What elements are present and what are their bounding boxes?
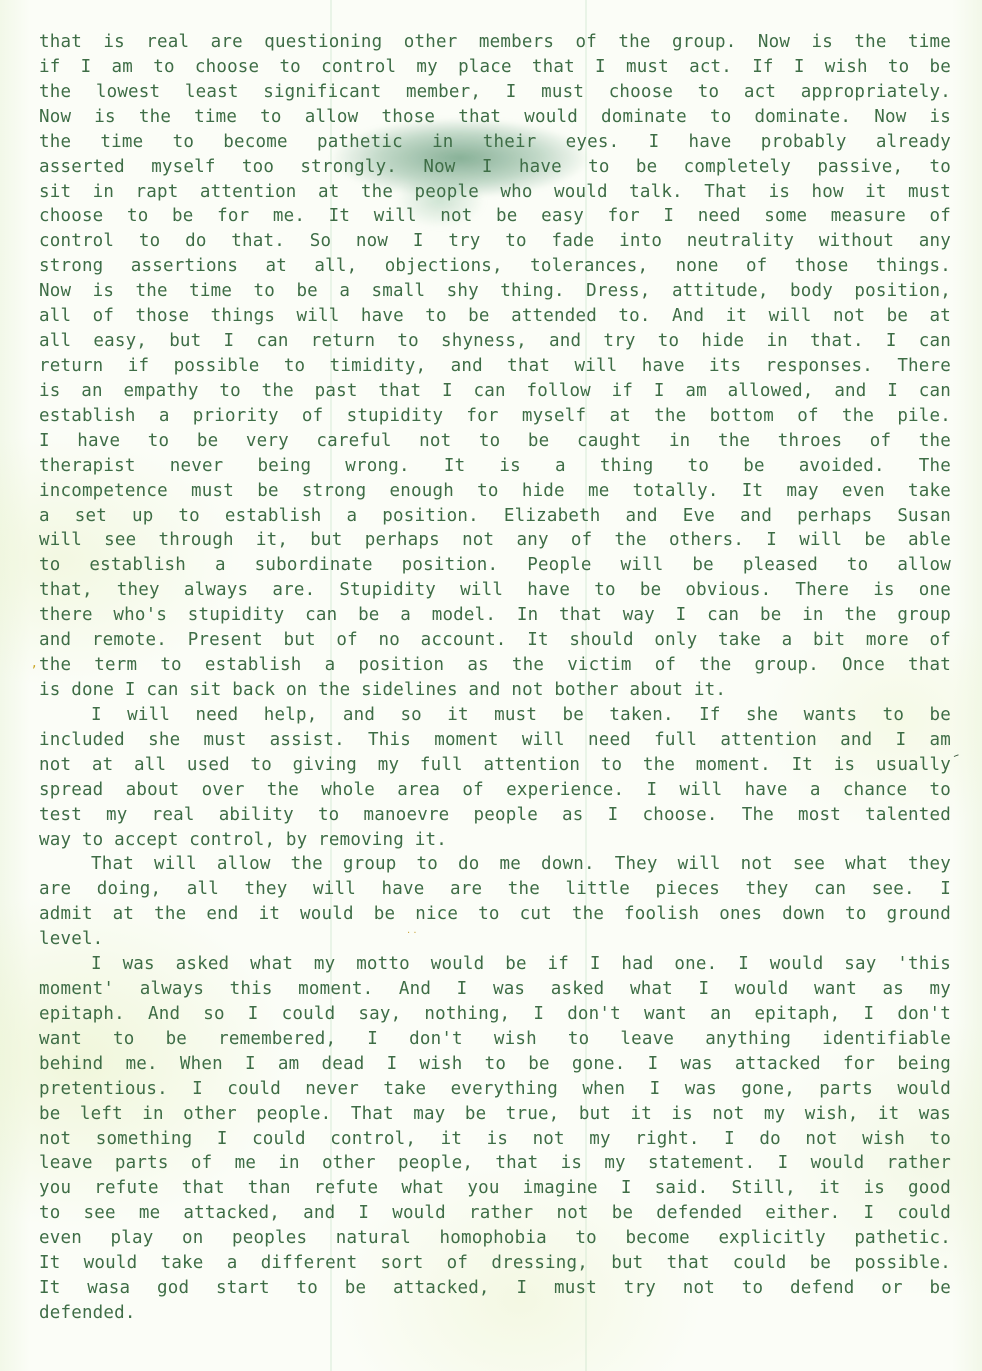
text-line: asserted myself too strongly. Now I have…: [39, 155, 951, 180]
text-line: even play on peoples natural homophobia …: [39, 1226, 951, 1251]
text-line: to see me attacked, and I would rather n…: [39, 1201, 951, 1226]
text-line: be left in other people. That may be tru…: [39, 1102, 951, 1127]
text-line: Now is the time to be a small shy thing.…: [39, 279, 951, 304]
document-body: that is real are questioning other membe…: [39, 30, 951, 1326]
text-line: if I am to choose to control my place th…: [39, 55, 951, 80]
text-line: are doing, all they will have are the li…: [39, 877, 951, 902]
text-line: there who's stupidity can be a model. In…: [39, 603, 951, 628]
text-line: that, they always are. Stupidity will ha…: [39, 578, 951, 603]
text-line: establish a priority of stupidity for my…: [39, 404, 951, 429]
text-line: I have to be very careful not to be caug…: [39, 429, 951, 454]
text-line: leave parts of me in other people, that …: [39, 1151, 951, 1176]
text-line: That will allow the group to do me down.…: [39, 852, 951, 877]
text-line: I was asked what my motto would be if I …: [39, 952, 951, 977]
text-line: defended.: [39, 1301, 951, 1326]
text-line: epitaph. And so I could say, nothing, I …: [39, 1002, 951, 1027]
text-line: and remote. Present but of no account. I…: [39, 628, 951, 653]
text-line: is an empathy to the past that I can fol…: [39, 379, 951, 404]
text-line: a set up to establish a position. Elizab…: [39, 504, 951, 529]
text-line: control to do that. So now I try to fade…: [39, 229, 951, 254]
text-line: will see through it, but perhaps not any…: [39, 528, 951, 553]
paragraph: That will allow the group to do me down.…: [39, 852, 951, 952]
text-line: I will need help, and so it must be take…: [39, 703, 951, 728]
text-line: level.: [39, 927, 951, 952]
text-line: strong assertions at all, objections, to…: [39, 254, 951, 279]
text-line: Now is the time to allow those that woul…: [39, 105, 951, 130]
text-line: test my real ability to manoevre people …: [39, 803, 951, 828]
text-line: all of those things will have to be atte…: [39, 304, 951, 329]
text-line: the lowest least significant member, I m…: [39, 80, 951, 105]
text-line: choose to be for me. It will not be easy…: [39, 204, 951, 229]
text-line: admit at the end it would be nice to cut…: [39, 902, 951, 927]
text-line: way to accept control, by removing it.: [39, 828, 951, 853]
text-line: moment' always this moment. And I was as…: [39, 977, 951, 1002]
text-line: all easy, but I can return to shyness, a…: [39, 329, 951, 354]
text-line: behind me. When I am dead I wish to be g…: [39, 1052, 951, 1077]
text-line: want to be remembered, I don't wish to l…: [39, 1027, 951, 1052]
text-line: spread about over the whole area of expe…: [39, 778, 951, 803]
text-line: therapist never being wrong. It is a thi…: [39, 454, 951, 479]
text-line: you refute that than refute what you ima…: [39, 1176, 951, 1201]
text-line: to establish a subordinate position. Peo…: [39, 553, 951, 578]
text-line: included she must assist. This moment wi…: [39, 728, 951, 753]
text-line: It wasa god start to be attacked, I must…: [39, 1276, 951, 1301]
paragraph: I was asked what my motto would be if I …: [39, 952, 951, 1326]
text-line: the time to become pathetic in their eye…: [39, 130, 951, 155]
text-line: is done I can sit back on the sidelines …: [39, 678, 951, 703]
text-line: pretentious. I could never take everythi…: [39, 1077, 951, 1102]
text-line: It would take a different sort of dressi…: [39, 1251, 951, 1276]
text-line: the term to establish a position as the …: [39, 653, 951, 678]
text-line: that is real are questioning other membe…: [39, 30, 951, 55]
text-line: incompetence must be strong enough to hi…: [39, 479, 951, 504]
text-line: return if possible to timidity, and that…: [39, 354, 951, 379]
text-line: sit in rapt attention at the people who …: [39, 180, 951, 205]
text-line: not at all used to giving my full attent…: [39, 753, 951, 778]
paragraph: that is real are questioning other membe…: [39, 30, 951, 703]
text-line: not something I could control, it is not…: [39, 1127, 951, 1152]
paragraph: I will need help, and so it must be take…: [39, 703, 951, 853]
